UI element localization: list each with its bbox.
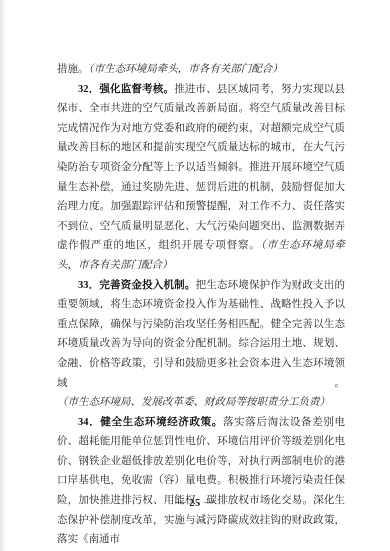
paragraph-segment-kai: （市生态环境局、发展改革委、财政局等按职责分工负责）	[57, 397, 330, 408]
document-body: 措施。（市生态环境局牵头，市各有关部门配合）32．强化监督考核。推进市、县区域同…	[57, 60, 345, 550]
paragraph-3: 34．健全生态环境经济政策。落实落后淘汰设备差别电价、超耗能用能单位惩罚性电价、…	[57, 413, 345, 550]
paragraph-segment-normal: 落实落后淘汰设备差别电价、超耗能用能单位惩罚性电价、环境信用评价等级差别化电价、…	[57, 417, 345, 546]
paragraph-segment-bold: 34．健全生态环境经济政策。	[78, 417, 223, 428]
paragraph-segment-kai: （市生态环境局牵头，市各有关部门配合）	[89, 64, 283, 75]
paragraph-segment-normal: 推进市、县区域同考，努力实现以县保市、全市共进的空气质量改善新局面。将空气质量改…	[57, 84, 345, 252]
paragraph-2: 33．完善资金投入机制。把生态环境保护作为财政支出的重要领域，将生态环境资金投入…	[57, 276, 345, 413]
paragraph-segment-normal: 把生态环境保护作为财政支出的重要领域，将生态环境资金投入作为基础性、战略性投入予…	[57, 280, 345, 389]
footer-left-dash: —	[175, 497, 186, 508]
page-number: 25	[189, 498, 201, 509]
footer-right-dash: —	[204, 497, 215, 508]
paragraph-0: 措施。（市生态环境局牵头，市各有关部门配合）	[57, 60, 345, 80]
document-page: 措施。（市生态环境局牵头，市各有关部门配合）32．强化监督考核。推进市、县区域同…	[0, 0, 390, 551]
paragraph-1: 32．强化监督考核。推进市、县区域同考，努力实现以县保市、全市共进的空气质量改善…	[57, 80, 345, 276]
paragraph-segment-bold: 33．完善资金投入机制。	[78, 280, 196, 291]
paragraph-segment-normal: 措施。	[57, 64, 89, 75]
paragraph-segment-bold: 32．强化监督考核。	[78, 84, 174, 95]
page-footer: —25—	[0, 498, 390, 509]
